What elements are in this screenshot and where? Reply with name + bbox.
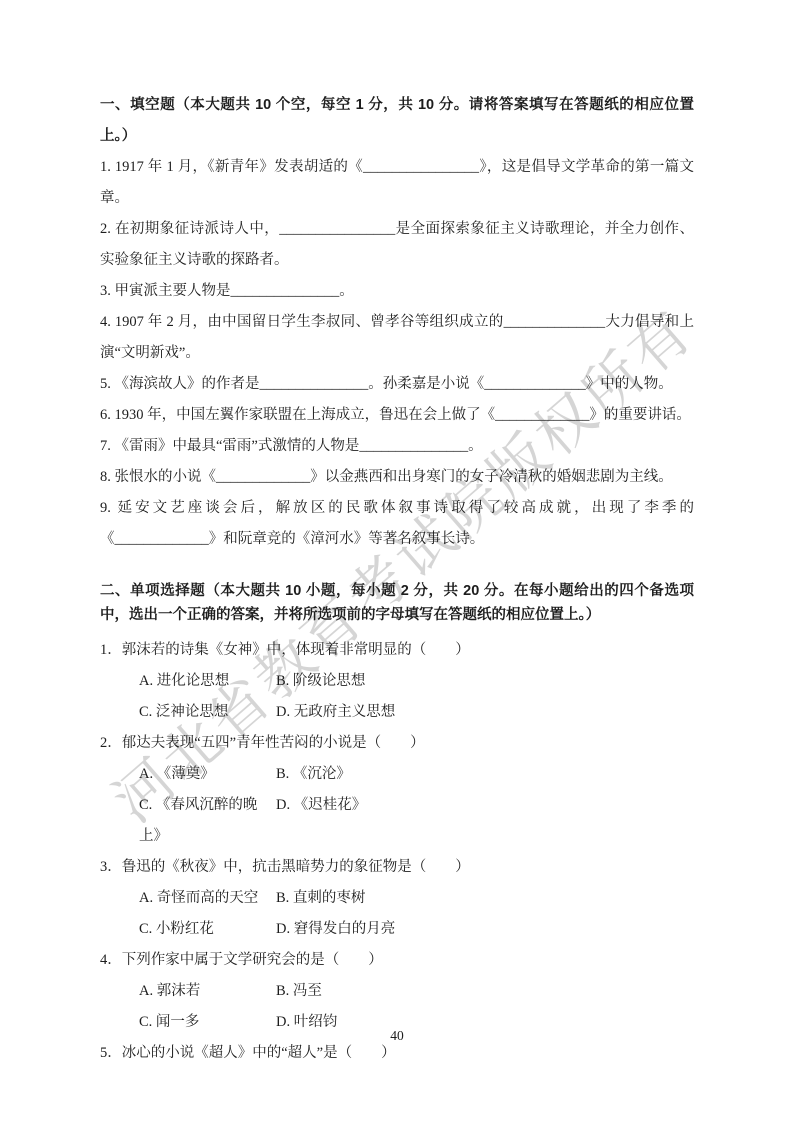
fill-question-5: 5. 《海滨故人》的作者是_______________。孙柔嘉是小说《____… — [100, 369, 694, 400]
fill-question-1: 1. 1917 年 1 月，《新青年》发表胡适的《_______________… — [100, 152, 694, 214]
mc-question-1: 1．郭沫若的诗集《女神》中，体现着非常明显的（ ） A. 进化论思想 B. 阶级… — [100, 635, 694, 728]
option-b: B. 阶级论思想 — [276, 666, 694, 697]
fill-question-8: 8. 张恨水的小说《_____________》以金燕西和出身寒门的女子冷清秋的… — [100, 462, 694, 493]
question-stem: 3．鲁迅的《秋夜》中，抗击黑暗势力的象征物是（ ） — [100, 852, 694, 883]
option-d: D. 窘得发白的月亮 — [276, 914, 694, 945]
question-stem: 4．下列作家中属于文学研究会的是（ ） — [100, 945, 694, 976]
options-grid: A. 奇怪而高的天空 B. 直刺的枣树 C. 小粉红花 D. 窘得发白的月亮 — [100, 883, 694, 945]
option-c: C. 闻一多 — [139, 1007, 276, 1038]
fill-question-2: 2. 在初期象征诗派诗人中，________________是全面探索象征主义诗… — [100, 214, 694, 276]
fill-question-9: 9. 延安文艺座谈会后，解放区的民歌体叙事诗取得了较高成就，出现了李季的《___… — [100, 493, 694, 555]
option-a: A. 奇怪而高的天空 — [139, 883, 276, 914]
options-grid: A. 《薄奠》 B. 《沉沦》 C. 《春风沉醉的晚上》 D. 《迟桂花》 — [100, 759, 694, 852]
option-a: A. 郭沫若 — [139, 976, 276, 1007]
option-a: A. 进化论思想 — [139, 666, 276, 697]
option-b: B. 冯至 — [276, 976, 694, 1007]
options-grid: A. 郭沫若 B. 冯至 C. 闻一多 D. 叶绍钧 — [100, 976, 694, 1038]
exam-paper-page: 河北省教育考试院版权所有 一、填空题（本大题共 10 个空，每空 1 分，共 1… — [0, 0, 794, 1123]
page-content: 一、填空题（本大题共 10 个空，每空 1 分，共 10 分。请将答案填写在答题… — [0, 0, 794, 1123]
option-c: C. 泛神论思想 — [139, 697, 276, 728]
option-a: A. 《薄奠》 — [139, 759, 276, 790]
question-stem: 5．冰心的小说《超人》中的“超人”是（ ） — [100, 1038, 694, 1069]
section2-heading: 二、单项选择题（本大题共 10 小题，每小题 2 分，共 20 分。在每小题给出… — [100, 579, 694, 627]
fill-question-6: 6. 1930 年，中国左翼作家联盟在上海成立，鲁迅在会上做了《________… — [100, 400, 694, 431]
option-c: C. 《春风沉醉的晚上》 — [139, 790, 276, 852]
option-c: C. 小粉红花 — [139, 914, 276, 945]
option-d: D. 叶绍钧 — [276, 1007, 694, 1038]
mc-question-5: 5．冰心的小说《超人》中的“超人”是（ ） — [100, 1038, 694, 1069]
question-stem: 1．郭沫若的诗集《女神》中，体现着非常明显的（ ） — [100, 635, 694, 666]
section1-heading: 一、填空题（本大题共 10 个空，每空 1 分，共 10 分。请将答案填写在答题… — [100, 90, 694, 152]
mc-question-4: 4．下列作家中属于文学研究会的是（ ） A. 郭沫若 B. 冯至 C. 闻一多 … — [100, 945, 694, 1038]
option-b: B. 《沉沦》 — [276, 759, 694, 790]
mc-question-3: 3．鲁迅的《秋夜》中，抗击黑暗势力的象征物是（ ） A. 奇怪而高的天空 B. … — [100, 852, 694, 945]
option-d: D. 无政府主义思想 — [276, 697, 694, 728]
fill-question-3: 3. 甲寅派主要人物是_______________。 — [100, 276, 694, 307]
option-b: B. 直刺的枣树 — [276, 883, 694, 914]
mc-question-2: 2．郁达夫表现“五四”青年性苦闷的小说是（ ） A. 《薄奠》 B. 《沉沦》 … — [100, 728, 694, 852]
question-stem: 2．郁达夫表现“五四”青年性苦闷的小说是（ ） — [100, 728, 694, 759]
options-grid: A. 进化论思想 B. 阶级论思想 C. 泛神论思想 D. 无政府主义思想 — [100, 666, 694, 728]
option-d: D. 《迟桂花》 — [276, 790, 694, 852]
fill-question-7: 7. 《雷雨》中最具“雷雨”式激情的人物是_______________。 — [100, 431, 694, 462]
fill-question-4: 4. 1907 年 2 月，由中国留日学生李叔同、曾孝谷等组织成立的______… — [100, 307, 694, 369]
